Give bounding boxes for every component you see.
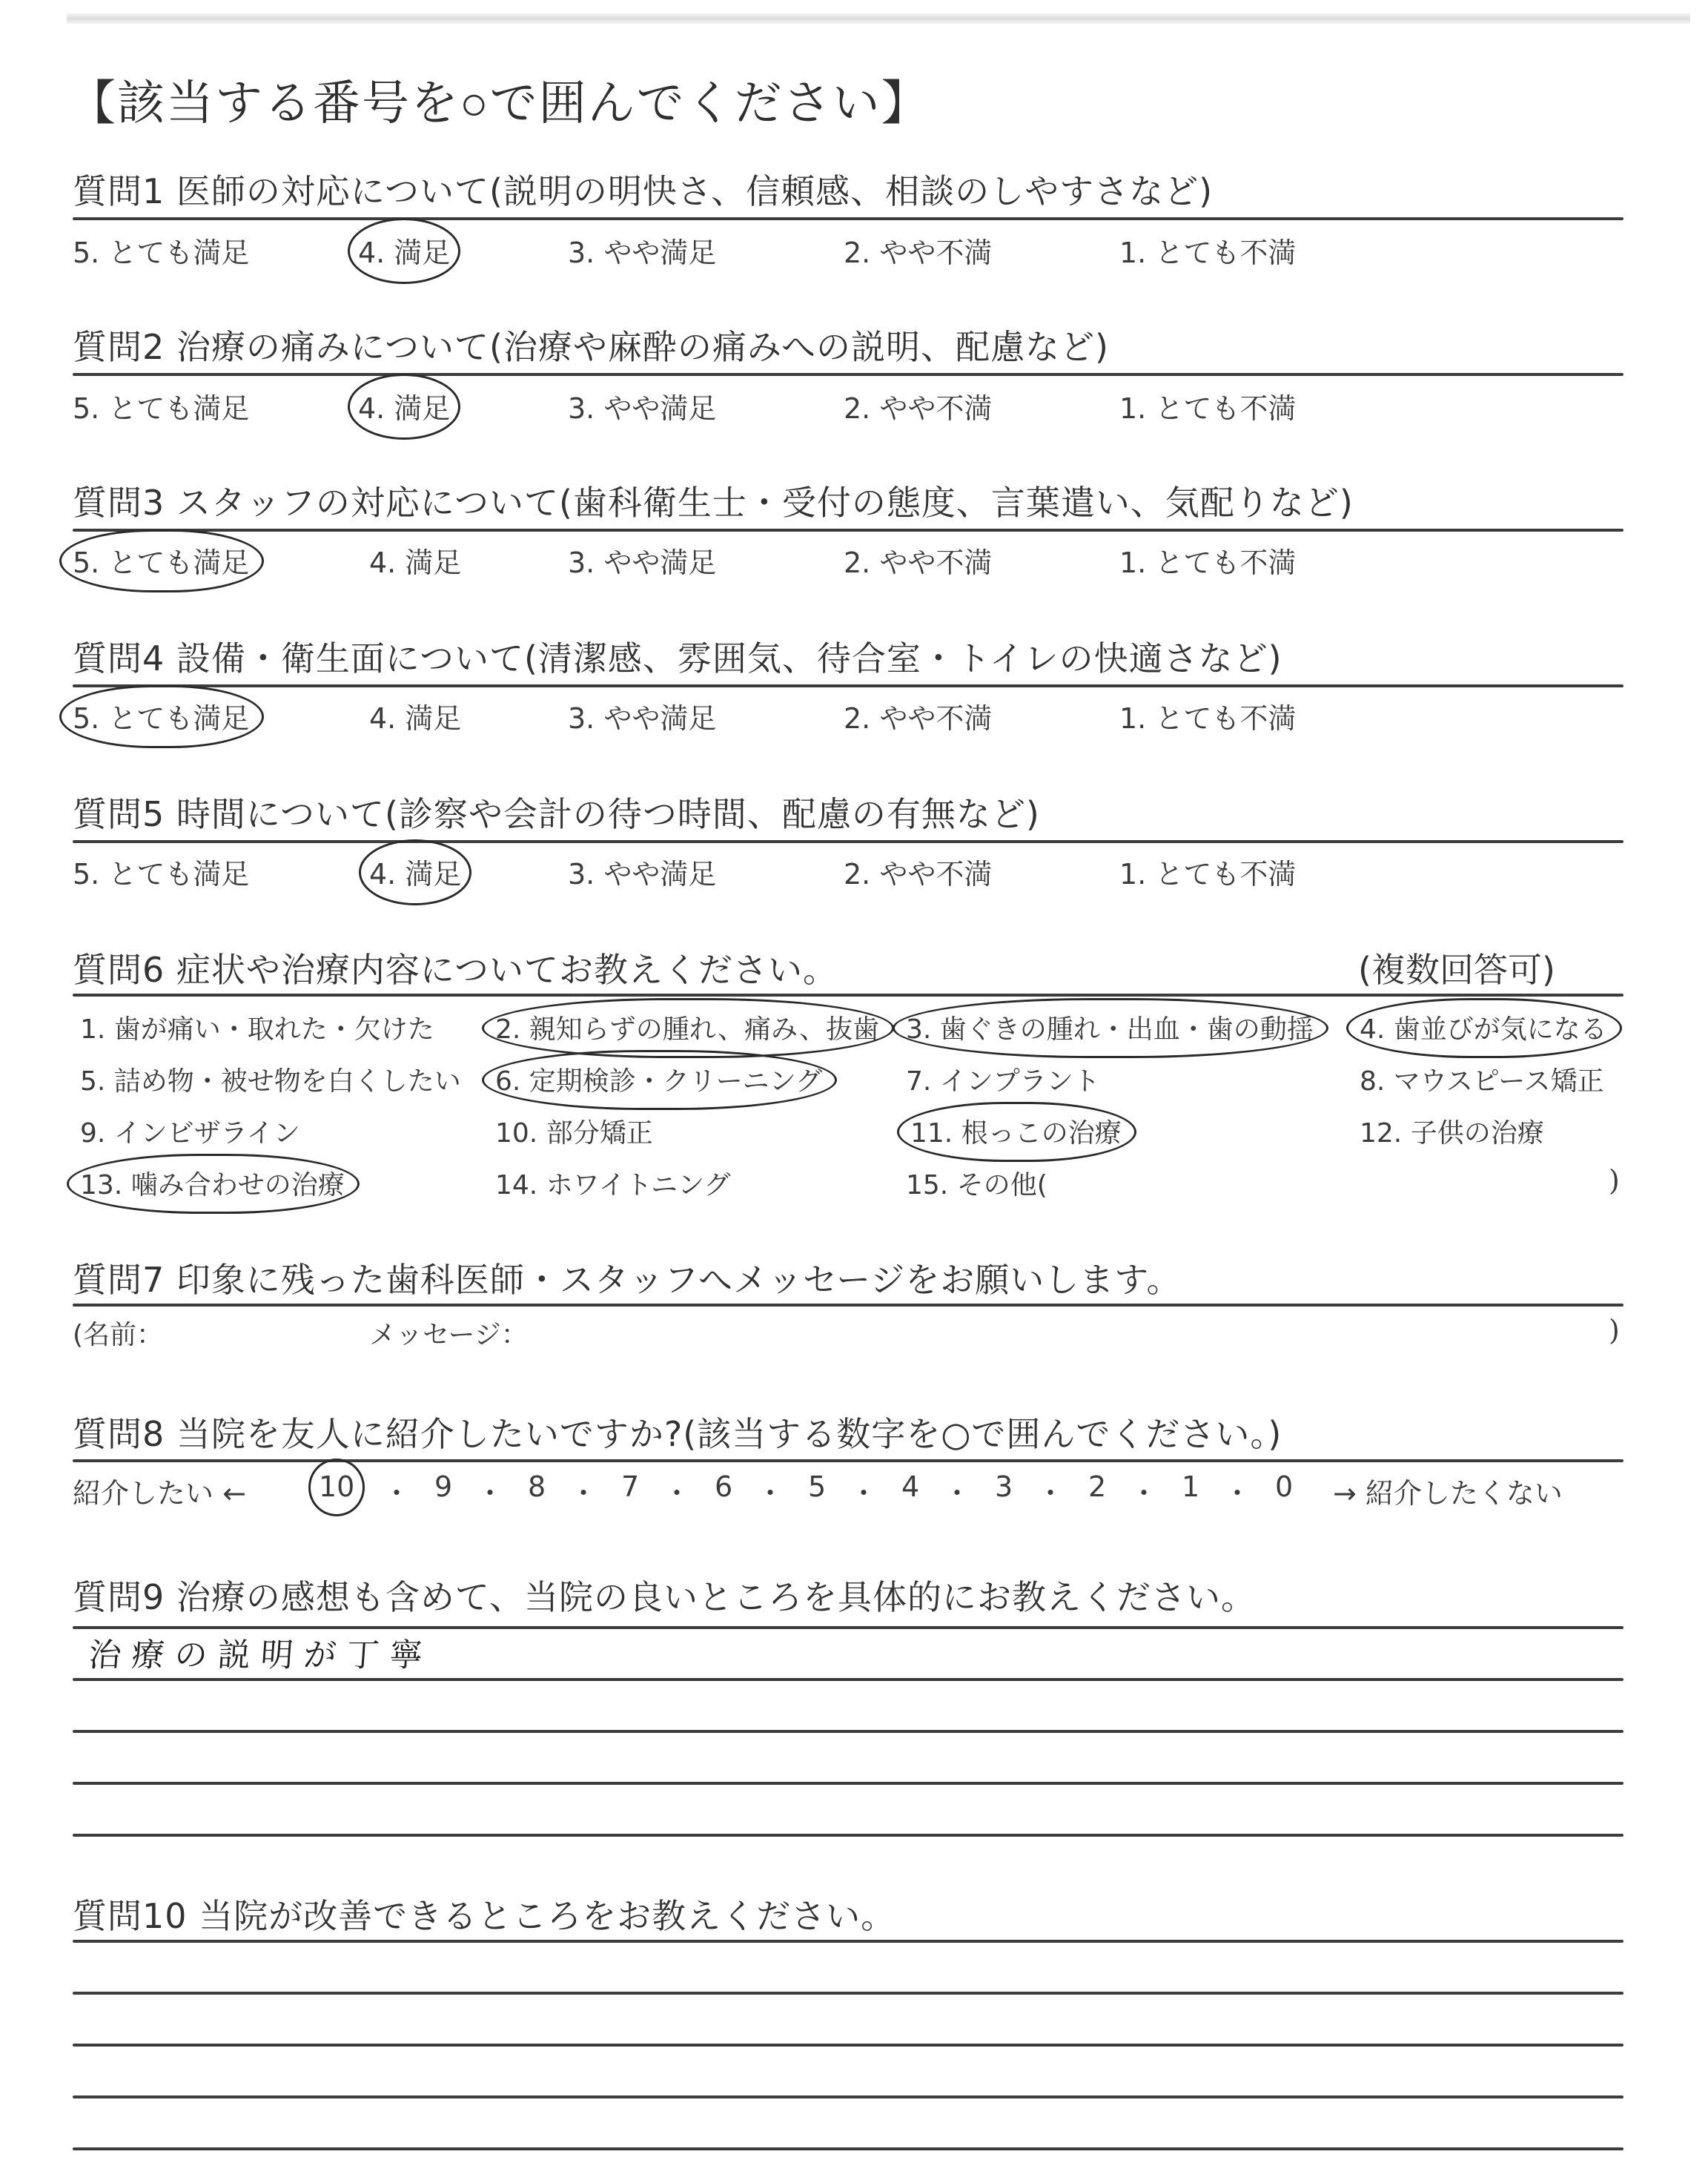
q4-option-4[interactable]: 4. 満足 <box>369 696 461 736</box>
answer-line[interactable] <box>73 2147 1623 2150</box>
q4-option-5-selected[interactable]: 5. とても満足 <box>73 696 249 736</box>
question-10-label: 質問10 当院が改善できるところをお教えください。 <box>73 1889 896 1938</box>
question-3-options: 5. とても満足 4. 満足 3. やや満足 2. やや不満 1. とても不満 <box>73 540 1629 584</box>
question-1-label: 質問1 医師の対応について(説明の明快さ、信頼感、相談のしやすさなど) <box>73 165 1213 214</box>
q6-option-11-selected[interactable]: 11. 根っこの治療 <box>910 1112 1122 1150</box>
divider <box>73 529 1623 532</box>
q9-handwritten-answer[interactable]: 治療の説明が丁寧 <box>87 1628 434 1676</box>
q6-option-12[interactable]: 12. 子供の治療 <box>1360 1112 1544 1150</box>
q5-option-1[interactable]: 1. とても不満 <box>1119 851 1296 892</box>
scale-right-label: → 紹介したくない <box>1333 1470 1563 1511</box>
separator: ・ <box>1130 1470 1158 1511</box>
separator: ・ <box>850 1470 878 1511</box>
divider <box>73 373 1623 376</box>
q3-option-5-selected[interactable]: 5. とても満足 <box>73 540 249 581</box>
q6-option-14[interactable]: 14. ホワイトニング <box>495 1164 730 1202</box>
q6-option-8[interactable]: 8. マウスピース矯正 <box>1360 1060 1603 1098</box>
q5-option-2[interactable]: 2. やや不満 <box>844 851 992 892</box>
separator: ・ <box>569 1470 598 1511</box>
separator: ・ <box>383 1470 411 1511</box>
q1-option-3[interactable]: 3. やや満足 <box>568 230 716 271</box>
other-close-paren: ) <box>1609 1164 1620 1197</box>
question-3-label: 質問3 スタッフの対応について(歯科衛生士・受付の態度、言葉遣い、気配りなど) <box>73 476 1354 525</box>
scale-1[interactable]: 1 <box>1182 1470 1199 1503</box>
scale-8[interactable]: 8 <box>528 1470 546 1503</box>
separator: ・ <box>943 1470 971 1511</box>
divider <box>73 840 1623 843</box>
scale-6[interactable]: 6 <box>715 1470 732 1503</box>
q5-option-3[interactable]: 3. やや満足 <box>568 851 716 892</box>
divider <box>73 1459 1623 1462</box>
scale-4[interactable]: 4 <box>901 1470 919 1503</box>
q1-option-2[interactable]: 2. やや不満 <box>844 230 992 271</box>
answer-line[interactable] <box>73 2044 1623 2047</box>
question-6-label: 質問6 症状や治療内容についてお教えください。 <box>73 943 838 992</box>
scale-0[interactable]: 0 <box>1275 1470 1293 1503</box>
divider <box>73 217 1623 220</box>
question-9-label: 質問9 治療の感想も含めて、当院の良いところを具体的にお教えください。 <box>73 1571 1256 1619</box>
message-field-label: メッセージ： <box>369 1314 528 1352</box>
separator: ・ <box>756 1470 784 1511</box>
q3-option-3[interactable]: 3. やや満足 <box>568 540 716 581</box>
q6-option-4-selected[interactable]: 4. 歯並びが気になる <box>1360 1008 1607 1046</box>
q6-option-2-selected[interactable]: 2. 親知らずの腫れ、痛み、抜歯 <box>495 1008 879 1046</box>
question-8-label: 質問8 当院を友人に紹介したいですか?(該当する数字を○で囲んでください。) <box>73 1407 1282 1456</box>
q3-option-2[interactable]: 2. やや不満 <box>844 540 992 581</box>
scale-left-label: 紹介したい ← <box>73 1470 246 1511</box>
q6-option-13-selected[interactable]: 13. 噛み合わせの治療 <box>80 1164 345 1202</box>
scale-7[interactable]: 7 <box>621 1470 639 1503</box>
separator: ・ <box>1223 1470 1251 1511</box>
q6-option-5[interactable]: 5. 詰め物・被せ物を白くしたい <box>80 1060 461 1098</box>
answer-line[interactable] <box>73 2095 1623 2098</box>
question-5-options: 5. とても満足 4. 満足 3. やや満足 2. やや不満 1. とても不満 <box>73 851 1629 896</box>
question-5-label: 質問5 時間について(診察や会計の待つ時間、配慮の有無など) <box>73 787 1040 836</box>
answer-line <box>73 1834 1623 1837</box>
question-7-label: 質問7 印象に残った歯科医師・スタッフへメッセージをお願いします。 <box>73 1253 1182 1302</box>
q5-option-5[interactable]: 5. とても満足 <box>73 851 249 892</box>
question-1-options: 5. とても満足 4. 満足 3. やや満足 2. やや不満 1. とても不満 <box>73 230 1629 274</box>
question-4-label: 質問4 設備・衛生面について(清潔感、雰囲気、待合室・トイレの快適さなど) <box>73 632 1282 681</box>
answer-line[interactable] <box>73 1992 1623 1995</box>
divider <box>73 684 1623 687</box>
q1-option-4-selected[interactable]: 4. 満足 <box>358 230 450 271</box>
scale-9[interactable]: 9 <box>434 1470 452 1503</box>
form-instruction-title: 【該当する番号を○で囲んでください】 <box>68 65 930 133</box>
q2-option-1[interactable]: 1. とても不満 <box>1119 386 1296 426</box>
q6-option-7[interactable]: 7. インプラント <box>906 1060 1100 1098</box>
q2-option-4-selected[interactable]: 4. 満足 <box>358 386 450 426</box>
question-2-options: 5. とても満足 4. 満足 3. やや満足 2. やや不満 1. とても不満 <box>73 386 1629 430</box>
answer-line <box>73 1678 1623 1681</box>
scale-3[interactable]: 3 <box>995 1470 1013 1503</box>
q2-option-5[interactable]: 5. とても満足 <box>73 386 249 426</box>
name-field-label: (名前： <box>73 1314 163 1352</box>
q2-option-2[interactable]: 2. やや不満 <box>844 386 992 426</box>
separator: ・ <box>1036 1470 1065 1511</box>
divider <box>73 994 1623 997</box>
q1-option-1[interactable]: 1. とても不満 <box>1119 230 1296 271</box>
q6-option-15-other[interactable]: 15. その他( <box>906 1164 1047 1202</box>
answer-line <box>73 1782 1623 1785</box>
q3-option-4[interactable]: 4. 満足 <box>369 540 461 581</box>
separator: ・ <box>476 1470 504 1511</box>
q2-option-3[interactable]: 3. やや満足 <box>568 386 716 426</box>
question-2-label: 質問2 治療の痛みについて(治療や麻酔の痛みへの説明、配慮など) <box>73 320 1109 369</box>
q6-option-10[interactable]: 10. 部分矯正 <box>495 1112 653 1150</box>
answer-line[interactable] <box>73 1940 1623 1943</box>
message-close-paren: ) <box>1609 1314 1620 1347</box>
q4-option-1[interactable]: 1. とても不満 <box>1119 696 1296 736</box>
scan-top-edge <box>67 13 1690 24</box>
q6-option-3-selected[interactable]: 3. 歯ぐきの腫れ・出血・歯の動揺 <box>906 1008 1314 1046</box>
q5-option-4-selected[interactable]: 4. 満足 <box>369 851 461 892</box>
q6-option-6-selected[interactable]: 6. 定期検診・クリーニング <box>495 1060 822 1098</box>
q4-option-3[interactable]: 3. やや満足 <box>568 696 716 736</box>
scale-2[interactable]: 2 <box>1088 1470 1106 1503</box>
multiple-answers-note: (複数回答可) <box>1358 943 1555 992</box>
q4-option-2[interactable]: 2. やや不満 <box>844 696 992 736</box>
scale-5[interactable]: 5 <box>808 1470 826 1503</box>
q3-option-1[interactable]: 1. とても不満 <box>1119 540 1296 581</box>
scale-10-selected[interactable]: 10 <box>319 1470 354 1503</box>
answer-line <box>73 1730 1623 1733</box>
divider <box>73 1304 1623 1307</box>
separator: ・ <box>663 1470 691 1511</box>
q6-option-1[interactable]: 1. 歯が痛い・取れた・欠けた <box>80 1008 434 1046</box>
q1-option-5[interactable]: 5. とても満足 <box>73 230 249 271</box>
q6-option-9[interactable]: 9. インビザライン <box>80 1112 300 1150</box>
question-4-options: 5. とても満足 4. 満足 3. やや満足 2. やや不満 1. とても不満 <box>73 696 1629 740</box>
